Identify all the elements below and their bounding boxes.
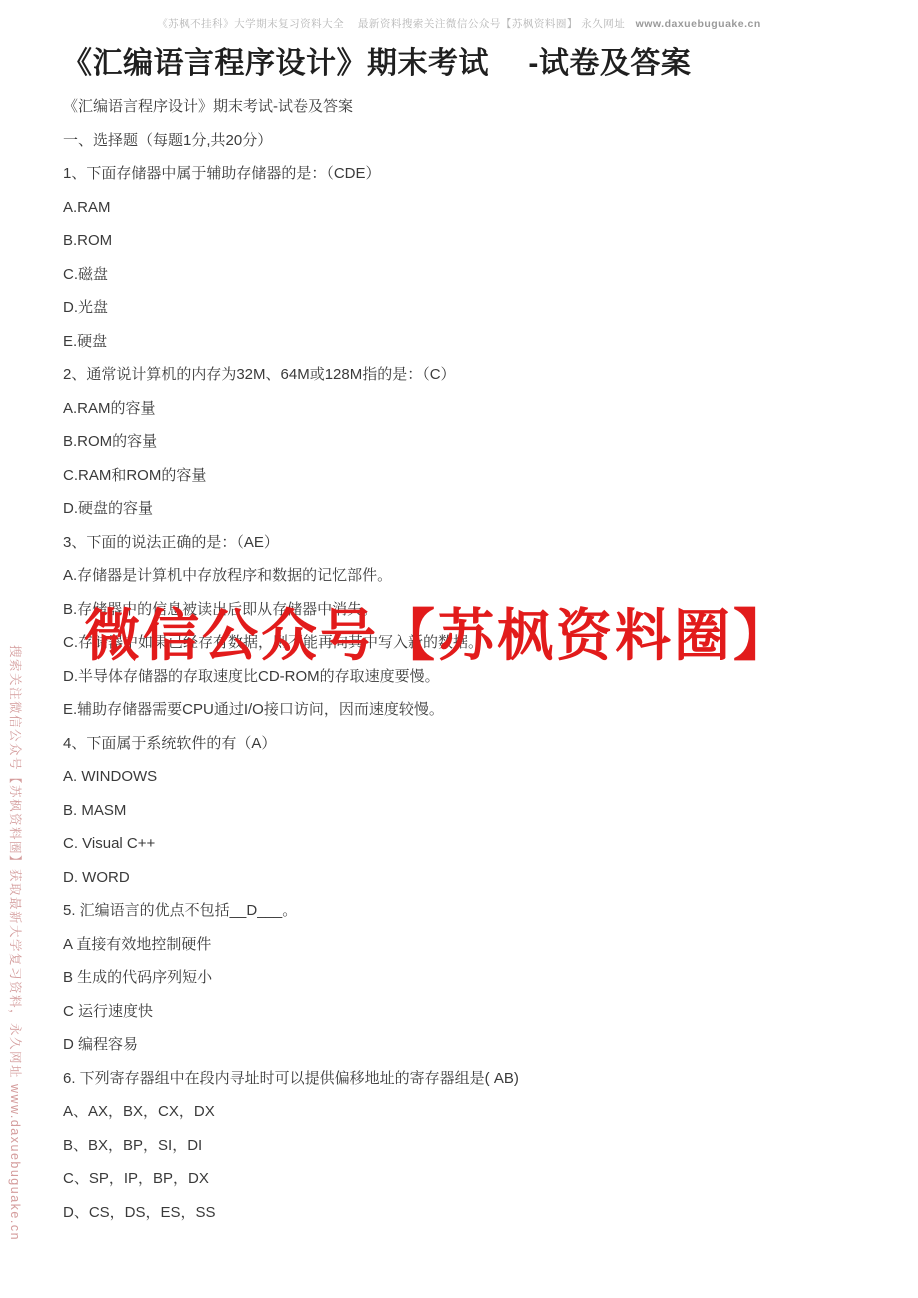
document-line: 5. 汇编语言的优点不包括__D___。: [63, 903, 863, 918]
document-line: C 运行速度快: [63, 1004, 863, 1019]
document-line: 《汇编语言程序设计》期末考试-试卷及答案: [63, 99, 863, 114]
document-line: B. MASM: [63, 803, 863, 818]
header-promo-url: www.daxuebuguake.cn: [636, 18, 761, 30]
document-line: C、SP，IP，BP，DX: [63, 1171, 863, 1186]
document-line: A. WINDOWS: [63, 769, 863, 784]
document-line: A.RAM: [63, 200, 863, 215]
document-line: D、CS，DS，ES，SS: [63, 1205, 863, 1220]
document-line: B.存储器中的信息被读出后即从存储器中消失。: [63, 602, 863, 617]
document-line: C. Visual C++: [63, 836, 863, 851]
page-header-note: 《苏枫不挂科》大学期末复习资料大全 最新资料搜索关注微信公众号【苏枫资料圈】 永…: [0, 16, 918, 31]
document-page: 《苏枫不挂科》大学期末复习资料大全 最新资料搜索关注微信公众号【苏枫资料圈】 永…: [0, 0, 918, 1298]
document-body: 《汇编语言程序设计》期末考试-试卷及答案一、选择题（每题1分,共20分）1、下面…: [63, 99, 863, 1238]
document-line: 一、选择题（每题1分,共20分）: [63, 133, 863, 148]
document-line: C.RAM和ROM的容量: [63, 468, 863, 483]
left-vertical-watermark: 搜索关注微信公众号【苏枫资料圈】获取最新大学复习资料，永久网址 www.daxu…: [7, 645, 25, 1241]
document-line: A.RAM的容量: [63, 401, 863, 416]
document-line: A 直接有效地控制硬件: [63, 937, 863, 952]
document-line: D. WORD: [63, 870, 863, 885]
document-line: B 生成的代码序列短小: [63, 970, 863, 985]
document-line: A.存储器是计算机中存放程序和数据的记忆部件。: [63, 568, 863, 583]
document-line: A、AX，BX，CX，DX: [63, 1104, 863, 1119]
document-line: 6. 下列寄存器组中在段内寻址时可以提供偏移地址的寄存器组是( AB): [63, 1071, 863, 1086]
document-line: 3、下面的说法正确的是：（AE）: [63, 535, 863, 550]
document-line: B、BX，BP，SI，DI: [63, 1138, 863, 1153]
document-line: E.硬盘: [63, 334, 863, 349]
page-title: 《汇编语言程序设计》期末考试 -试卷及答案: [62, 38, 691, 82]
header-promo-left: 《苏枫不挂科》大学期末复习资料大全: [157, 18, 344, 30]
document-line: B.ROM的容量: [63, 434, 863, 449]
document-line: B.ROM: [63, 233, 863, 248]
document-line: 4、下面属于系统软件的有（A）: [63, 736, 863, 751]
document-line: E.辅助存储器需要CPU通过I/O接口访问，因而速度较慢。: [63, 702, 863, 717]
document-line: D 编程容易: [63, 1037, 863, 1052]
header-promo-mid: 最新资料搜索关注微信公众号【苏枫资料圈】: [358, 18, 578, 30]
document-line: D.光盘: [63, 300, 863, 315]
document-line: D.半导体存储器的存取速度比CD-ROM的存取速度要慢。: [63, 669, 863, 684]
document-line: D.硬盘的容量: [63, 501, 863, 516]
document-line: C.磁盘: [63, 267, 863, 282]
document-line: C.存储器中如果已经存有数据，则不能再向其中写入新的数据。: [63, 635, 863, 650]
document-line: 2、通常说计算机的内存为32M、64M或128M指的是：（C）: [63, 367, 863, 382]
document-line: 1、下面存储器中属于辅助存储器的是：（CDE）: [63, 166, 863, 181]
header-promo-right-label: 永久网址: [581, 18, 625, 30]
